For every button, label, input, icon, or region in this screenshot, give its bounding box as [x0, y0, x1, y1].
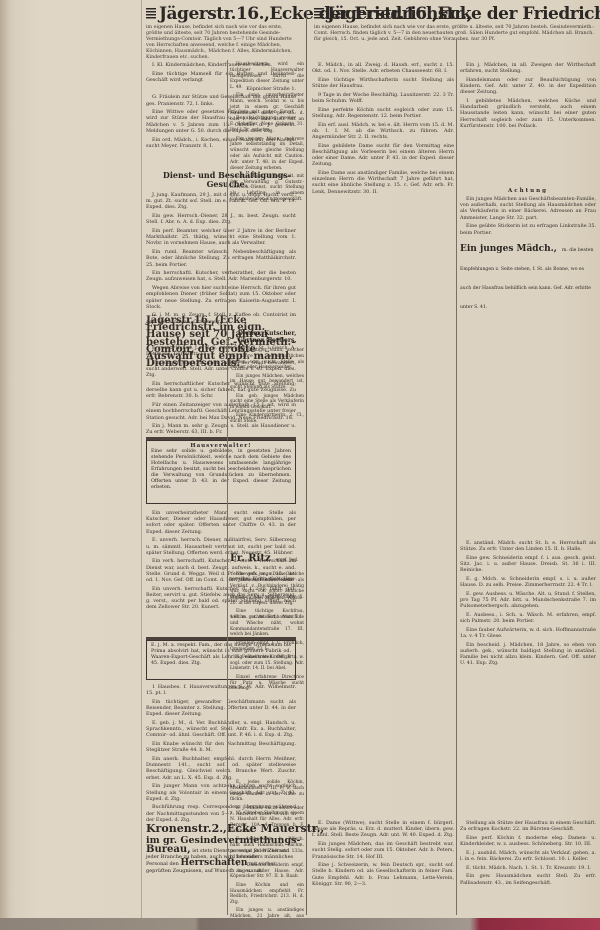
- ad: E. Ausbesserin, b. Wäsch. näht auch Hand…: [230, 837, 304, 860]
- col4-top: Ein j. Mädchen, in all. Zweigen der Wirt…: [460, 62, 596, 132]
- ad: Eine tüchtige Kochfrau, welche schneider…: [230, 609, 304, 638]
- ad: Eine gebildete Dame sucht für den Vormit…: [312, 143, 454, 168]
- hausverwalter-box: Hausverwalter! Eine sehr solide u. gebil…: [146, 440, 296, 504]
- ad: Ein gew. Herrsch.-Diener, 28 J., m. best…: [146, 213, 296, 225]
- ad: Ein junges Mädchen aus Geschäftsbeamten-…: [460, 196, 596, 221]
- scanner-bottom-edge: [0, 918, 600, 930]
- ad: Ein junges Mädchen, das im Geschäft best…: [312, 841, 454, 860]
- ad: E. Fröbel'sche Kindergärtn. w. sogl. ode…: [230, 655, 304, 672]
- column-divider: [227, 60, 228, 915]
- ad: Ein tüchtiger, gewandter Geschäftsmann s…: [146, 699, 296, 718]
- intro-right: im eigenen Hause, befindet sich nach wie…: [314, 25, 596, 43]
- ad: Ein Knabe wünscht für den Nachmittag Bes…: [146, 741, 296, 753]
- ad: Eine tüchtige Wirthschafterin sucht Stel…: [312, 77, 454, 89]
- ad: 9 Tage in der Woche Beschäftig. Lausitze…: [312, 92, 454, 104]
- ad: Ein j. Mann, 28 Jahre alt, mit der Verwa…: [230, 174, 304, 203]
- ad: Ein junges Mädchen, welches im Hause gut…: [230, 374, 304, 391]
- ad: Ein junger Mann, mehrere Jahre selbststä…: [230, 137, 304, 172]
- junges-maedchen-text: m. die besten Empfehlungen z. Seite steh…: [460, 248, 593, 310]
- ad: E. Mädch., in all. Zweig. d. Haush. erf.…: [312, 62, 454, 74]
- ad: Eine perfekte Köchin sucht sogleich oder…: [312, 107, 454, 119]
- achtung-heading: Achtung: [460, 188, 596, 194]
- ad: E. anständ. Mädch. sucht St. b. e. Herrs…: [460, 540, 596, 552]
- ad: Ein anerk. Buchhalter, empfohl. durch He…: [146, 756, 296, 781]
- ad: Fräulein empf. J. C. Fröhlich, Oranienst…: [230, 641, 304, 653]
- ad: Ein herrschaftl. Kutscher, verheirathet,…: [146, 270, 296, 282]
- section-heading-diener: Diener, Kutscher, Gärtner, Portiers,: [230, 330, 304, 344]
- pointing-hand-icon: [146, 8, 156, 20]
- ad: Ein perf. Beamter, welcher über 2 Jahre …: [146, 228, 296, 247]
- ad: 1 gebildetes Mädchen, welches Küche und …: [460, 98, 596, 129]
- col1-gesuche: J. jung. Kaufmann, 29 J., mit d. einf. u…: [146, 192, 296, 327]
- ad: Stellung als Stütze der Hausfrau in eine…: [460, 820, 596, 832]
- col3-top: E. Mädch., in all. Zweig. d. Haush. erf.…: [312, 62, 454, 197]
- fr-ritz-name: Fr. Ritz: [230, 553, 271, 564]
- box-top-bar: [146, 437, 296, 440]
- ad: Hausbesitzern wird ein tüchtiger Hausver…: [230, 62, 304, 91]
- ad: Eine Kindergärtnerin, 2. Cl., sucht Stel…: [230, 413, 304, 425]
- page-margin-line: [141, 0, 142, 918]
- ad: E. tücht. Mädch. Nach. 1. St. 1. Tr. Kre…: [460, 865, 596, 871]
- ad: E. gew. Ausbess. u. Wäsche. Alt. u. Stun…: [460, 591, 596, 610]
- headline-right: Jägerstr.16.,Ecke der Friedrichstr.,: [314, 4, 600, 24]
- col4-achtung: Ein junges Mädchen aus Geschäftsbeamten-…: [460, 196, 596, 238]
- headline-right-text: Jägerstr.16.,Ecke der Friedrichstr.,: [327, 4, 600, 24]
- page-binding-shadow: [0, 0, 10, 930]
- newspaper-page: Jägerstr.16.,Ecke der Friedrichstr., Jäg…: [0, 0, 600, 930]
- ad: Ein gew. Hausmädchen sucht Stell. Zu erf…: [460, 873, 596, 885]
- ad: Ein erf. ausl. Mädch. w. bei e. ält. Her…: [312, 122, 454, 141]
- ad: Ein jung. unverheiratheter Mann, welch. …: [230, 93, 304, 134]
- ad: Einzel erfahrene Directrice für Putz u. …: [230, 675, 304, 692]
- ad: Eine perf. Köchin f. moderne eleg. Damen…: [460, 835, 596, 847]
- ad: E. Ausbess., i. Sch. u. Wäsch. M. erfahr…: [460, 612, 596, 624]
- col2-top: Hausbesitzern wird ein tüchtiger Hausver…: [230, 62, 304, 205]
- col4-bottom: Stellung als Stütze der Hausfrau in eine…: [460, 820, 596, 888]
- ad: Eine Dame aus anständiger Familie, welch…: [312, 170, 454, 195]
- ad: Wegen Abreise von hier sucht eine Herrsc…: [146, 285, 296, 310]
- pointing-hand-icon: [314, 8, 324, 20]
- ad: Ein bescheid. j. Mädchen, 18 Jahre, so e…: [460, 642, 596, 667]
- column-divider: [456, 40, 457, 915]
- ad: Ein tüchtiger Mann, welcher 35 Jahre in …: [230, 348, 304, 371]
- ad: Ein ruml. Beamter wünscht Nebenbeschäfti…: [146, 249, 296, 268]
- ad: Eine j. Schweizerin, w. fein Deutsch spr…: [312, 862, 454, 887]
- ad: Eine gew. Schneiderin empf. f. i. aus. g…: [460, 555, 596, 574]
- ad: Handelsmann oder zur Beaufsichtigung von…: [460, 77, 596, 96]
- junges-maedchen-title: Ein junges Mädch.,: [460, 244, 557, 254]
- ad: E. jedes solide Köchin, Melksmamsell n. …: [230, 780, 304, 803]
- ad: E. j. ausbild. Mädch. wünscht als Verkäu…: [460, 850, 596, 862]
- ad: Eine Köchin und ein Hausmädchen empfiehl…: [230, 883, 304, 906]
- junges-maedchen-ad: Ein junges Mädch., m. die besten Empfehl…: [460, 236, 596, 312]
- ad: Ein unverheiratheter Mann sucht eine Ste…: [146, 510, 296, 535]
- ad: Ein j. Mädchen, in all. Zweigen der Wirt…: [460, 62, 596, 74]
- ad: Ein geb. junges Mädchen sucht eine Stell…: [230, 394, 304, 411]
- column-divider: [306, 10, 307, 915]
- ad: Eine fauber Aufwärterin, w. d. sich. Hof…: [460, 627, 596, 639]
- col2-bottom: E. jedes solide Köchin, Melksmamsell n. …: [230, 780, 304, 930]
- col3-bottom: E. Dame (Wittwe), sucht Stelle in einem …: [312, 820, 454, 890]
- col2-lower: Eine geb. junge Dame, welche 3. Jahre au…: [230, 572, 304, 695]
- box-text: Eine sehr solide u. gebildete, in gesetz…: [151, 449, 291, 491]
- col4-mid: E. anständ. Mädch. sucht St. b. e. Herrs…: [460, 540, 596, 669]
- col2-mid: Ein tüchtiger Mann, welcher 35 Jahre in …: [230, 348, 304, 428]
- ad: E. geb. j. M., d. Ver. Buchhändler, u. e…: [146, 720, 296, 739]
- ad: 1 f. Damenschneiderin empf. f. in u. auß…: [230, 863, 304, 880]
- ad: E. Dame (Wittwe), sucht Stelle in einem …: [312, 820, 454, 839]
- ad: E. g. Mdch. w. Schneiderin empf. s. i. u…: [460, 576, 596, 588]
- ad: Eine geb. junge Dame, welche 3. Jahre au…: [230, 572, 304, 607]
- intro-left: im eigenen Hause, befindet sich nach wie…: [146, 25, 298, 61]
- ad: Eine geübte Stickerin ist zu erfragen Li…: [460, 223, 596, 235]
- ad: E. j. Mädch. sucht sofort oder z. 15. Ok…: [230, 806, 304, 835]
